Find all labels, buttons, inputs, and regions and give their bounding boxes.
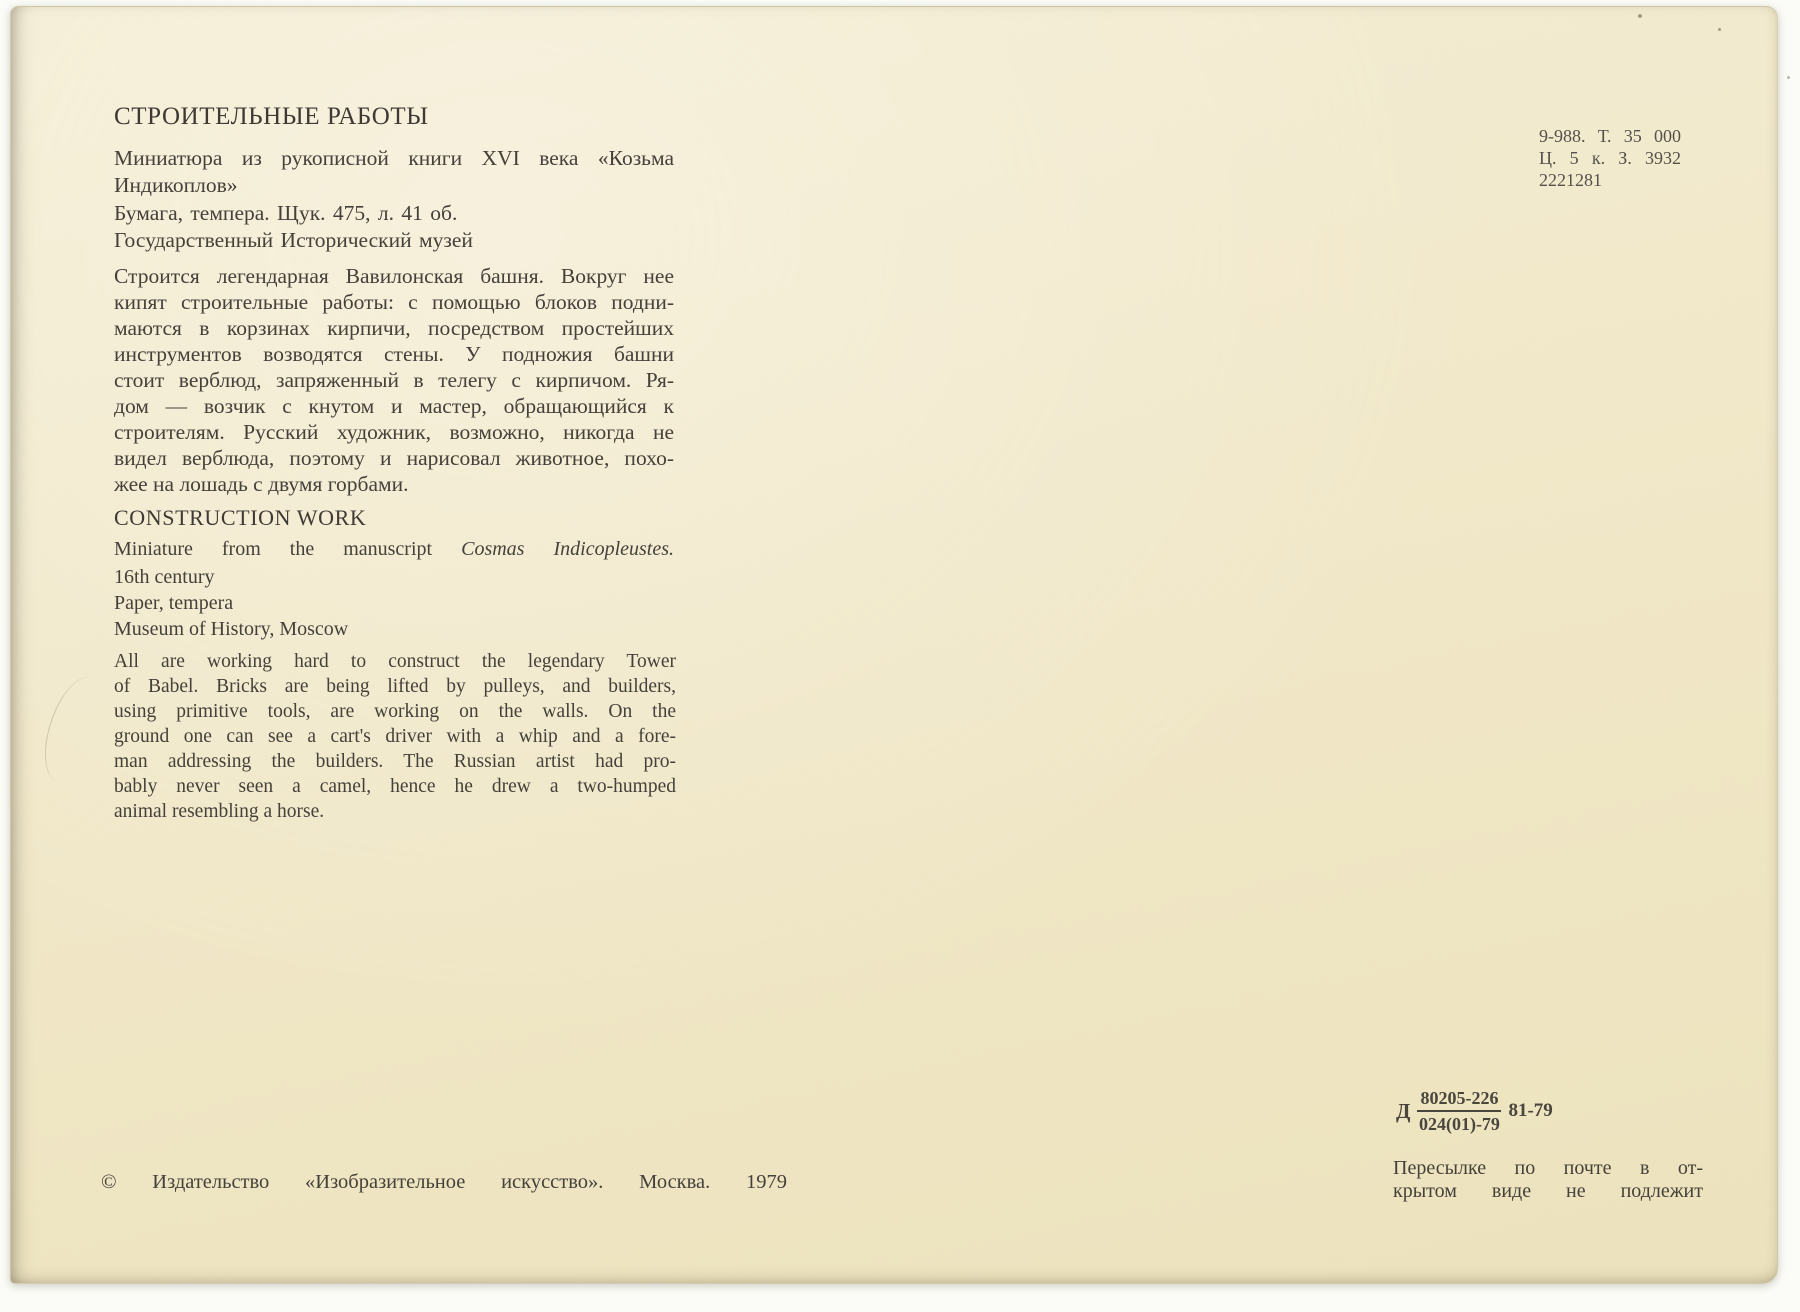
paper-speck: [1787, 76, 1790, 79]
catalog-number: Д 80205-226 024(01)-79 81-79: [1396, 1087, 1553, 1135]
postcard-back: СТРОИТЕЛЬНЫЕ РАБОТЫ Миниатюра из рукопис…: [10, 6, 1778, 1284]
ru-description-line: строителям. Русский художник, возможно, …: [114, 419, 674, 445]
ru-title: СТРОИТЕЛЬНЫЕ РАБОТЫ: [114, 103, 429, 131]
postal-note-line: Пересылке по почте в от-: [1393, 1157, 1703, 1180]
en-title: CONSTRUCTION WORK: [114, 505, 366, 531]
en-meta: 16th centuryPaper, temperaMuseum of Hist…: [114, 564, 348, 642]
en-description-line: All are working hard to construct the le…: [114, 649, 676, 674]
scan-background: { "postcard": { "ru": { "title": "СТРОИТ…: [0, 0, 1800, 1312]
en-description-line: of Babel. Bricks are being lifted by pul…: [114, 674, 676, 699]
ru-description-line: дом — возчик с кнутом и мастер, обращающ…: [114, 393, 674, 419]
catalog-fraction: 80205-226 024(01)-79: [1417, 1087, 1501, 1135]
ru-museum-line: Государственный Исторический музей: [114, 228, 473, 253]
ru-description-line: кипят строительные работы: с помощью бло…: [114, 289, 674, 315]
ru-description: Строится легендарная Вавилонская башня. …: [114, 263, 674, 497]
en-description-line: using primitive tools, are working on th…: [114, 699, 676, 724]
en-description-line: man addressing the builders. The Russian…: [114, 749, 676, 774]
postal-note: Пересылке по почте в от-крытом виде не п…: [1393, 1157, 1703, 1203]
ru-description-line: видел верблюда, поэтому и нарисовал живо…: [114, 445, 674, 471]
catalog-suffix: 81-79: [1508, 1100, 1552, 1122]
en-meta-line: 16th century: [114, 564, 348, 590]
paper-speck: [1718, 28, 1721, 31]
ru-description-line: инструментов возводятся стены. У подножи…: [114, 341, 674, 367]
catalog-denominator: 024(01)-79: [1417, 1112, 1501, 1135]
paper-scratch-mark: [36, 670, 113, 789]
en-meta-line: Paper, tempera: [114, 590, 348, 616]
en-description-line: bably never seen a camel, hence he drew …: [114, 774, 676, 799]
catalog-numerator: 80205-226: [1417, 1087, 1501, 1112]
print-run-info-line: 2221281: [1539, 169, 1681, 191]
ru-description-line: стоит верблюд, запряженный в телегу с ки…: [114, 367, 674, 393]
print-run-info-line: Ц. 5 к. З. 3932: [1539, 147, 1681, 169]
print-run-info: 9-988. Т. 35 000Ц. 5 к. З. 39322221281: [1539, 125, 1681, 191]
catalog-prefix: Д: [1396, 1099, 1410, 1124]
ru-medium-line: Бумага, темпера. Щук. 475, л. 41 об.: [114, 201, 457, 226]
paper-speck: [1638, 14, 1642, 18]
en-subtitle-italic: Cosmas Indicopleustes.: [461, 538, 674, 560]
ru-subtitle: Миниатюра из рукописной книги XVI века «…: [114, 145, 674, 199]
en-subtitle: Miniature from the manuscript Cosmas Ind…: [114, 538, 674, 561]
print-run-info-line: 9-988. Т. 35 000: [1539, 125, 1681, 147]
en-description-line: animal resembling a horse.: [114, 799, 676, 824]
en-description: All are working hard to construct the le…: [114, 649, 676, 824]
ru-description-line: Строится легендарная Вавилонская башня. …: [114, 263, 674, 289]
en-meta-line: Museum of History, Moscow: [114, 616, 348, 642]
en-subtitle-line: Miniature from the manuscript Cosmas Ind…: [114, 538, 674, 561]
en-description-line: ground one can see a cart's driver with …: [114, 724, 676, 749]
copyright-line: © Издательство «Изобразительное искусств…: [101, 1171, 787, 1194]
copyright-text: © Издательство «Изобразительное искусств…: [101, 1171, 787, 1194]
en-subtitle-prefix: Miniature from the manuscript: [114, 538, 432, 560]
ru-description-line: жее на лошадь с двумя горбами.: [114, 471, 674, 497]
ru-subtitle-line: Миниатюра из рукописной книги XVI века «…: [114, 145, 674, 172]
postal-note-line: крытом виде не подлежит: [1393, 1180, 1703, 1203]
ru-description-line: маются в корзинах кирпичи, посредством п…: [114, 315, 674, 341]
ru-subtitle-line: Индикоплов»: [114, 172, 674, 199]
